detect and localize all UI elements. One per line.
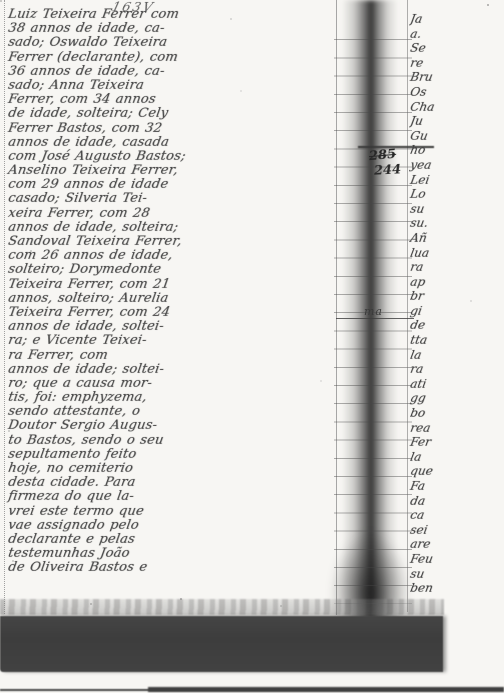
manuscript-line: Teixeira Ferrer, com 24 xyxy=(7,306,261,320)
manuscript-line: xeira Ferrer, com 28 xyxy=(7,207,261,221)
fragment-line: ra xyxy=(409,260,451,275)
facing-page-text-fragments: Jaa.SereBruOsChaJuGuhoyeaLeiLosusu.Añlua… xyxy=(409,12,451,596)
manuscript-line: 36 annos de idade, ca- xyxy=(7,65,261,79)
fragment-line: Fer xyxy=(409,435,451,450)
page-edge-noise-band xyxy=(0,599,444,615)
left-margin-rule xyxy=(4,0,5,614)
fragment-line: su xyxy=(409,567,451,582)
fragment-line: lua xyxy=(409,246,451,261)
manuscript-line: sado; Oswaldo Teixeira xyxy=(7,36,261,50)
fragment-line: gg xyxy=(409,391,451,406)
fragment-line: Lei xyxy=(409,173,451,188)
manuscript-line: sado; Anna Teixeira xyxy=(7,79,261,93)
corrected-number: 244 xyxy=(374,162,402,178)
fragment-line: de xyxy=(409,318,451,333)
fragment-line: ho xyxy=(409,143,451,158)
fragment-line: la xyxy=(409,348,451,363)
manuscript-line: Ferrer Bastos, com 32 xyxy=(7,122,261,136)
fragment-line: Se xyxy=(409,41,451,56)
fragment-line: ati xyxy=(409,377,451,392)
fragment-line: yea xyxy=(409,158,451,173)
gutter-right-rule xyxy=(407,0,408,612)
scanned-document-page: 163V Luiz Teixeira Ferrer com38 annos de… xyxy=(0,0,504,693)
manuscript-line: sepultamento feito xyxy=(7,448,261,462)
fragment-line: Bru xyxy=(409,70,451,85)
fragment-line: ca xyxy=(409,508,451,523)
manuscript-line: de Oliveira Bastos e xyxy=(7,561,261,575)
fragment-line: la xyxy=(409,450,451,465)
manuscript-line: com José Augusto Bastos; xyxy=(7,150,261,164)
manuscript-line: ra Ferrer, com xyxy=(7,349,261,363)
manuscript-line: solteiro; Dorymedonte xyxy=(7,263,261,277)
fragment-line: Ja xyxy=(409,12,451,27)
manuscript-line: annos de idade, solteira; xyxy=(7,221,261,235)
manuscript-line: ra; e Vicente Teixei- xyxy=(7,334,261,348)
fragment-line: Ju xyxy=(409,114,451,129)
fragment-line: re xyxy=(409,56,451,71)
fragment-line: Lo xyxy=(409,187,451,202)
fragment-line: ben xyxy=(409,581,451,596)
manuscript-line: de idade, solteira; Cely xyxy=(7,107,261,121)
fragment-line: Fa xyxy=(409,479,451,494)
manuscript-text-column: Luiz Teixeira Ferrer com38 annos de idad… xyxy=(7,8,259,576)
manuscript-line: firmeza do que la- xyxy=(7,490,261,504)
fragment-line: are xyxy=(409,537,451,552)
fragment-line: Feu xyxy=(409,552,451,567)
fragment-line: Cha xyxy=(409,100,451,115)
manuscript-line: ro; que a causa mor- xyxy=(7,377,261,391)
margin-word-underline xyxy=(336,318,414,319)
fragment-line: a. xyxy=(409,27,451,42)
crossed-out-number: 285 xyxy=(368,147,396,164)
manuscript-line: annos de idade; soltei- xyxy=(7,363,261,377)
fragment-line: Os xyxy=(409,85,451,100)
fragment-line: sei xyxy=(409,523,451,538)
fragment-line: br xyxy=(409,289,451,304)
fragment-line: bo xyxy=(409,406,451,421)
fragment-line: ap xyxy=(409,275,451,290)
fragment-line: gi xyxy=(409,304,451,319)
fragment-line: que xyxy=(409,464,451,479)
manuscript-line: Doutor Sergio Augus- xyxy=(7,419,261,433)
paper-noise-speckles xyxy=(0,0,2,2)
fragment-line: Añ xyxy=(409,231,451,246)
scan-shadow-bar xyxy=(0,616,443,672)
fragment-line: ra xyxy=(409,362,451,377)
manuscript-line: to Bastos, sendo o seu xyxy=(7,434,261,448)
manuscript-line: Ferrer (declarante), com xyxy=(7,51,261,65)
bottom-scan-strip-thick xyxy=(148,687,504,692)
fragment-line: rea xyxy=(409,421,451,436)
manuscript-line: vrei este termo que xyxy=(7,505,261,519)
manuscript-line: annos, solteiro; Aurelia xyxy=(7,292,261,306)
manuscript-line: annos de idade, casada xyxy=(7,136,261,150)
manuscript-line: declarante e pelas xyxy=(7,533,261,547)
fragment-line: su. xyxy=(409,216,451,231)
manuscript-line: vae assignado pelo xyxy=(7,519,261,533)
fragment-line: su xyxy=(409,202,451,217)
fragment-line: Gu xyxy=(409,129,451,144)
manuscript-line: casado; Silveria Tei- xyxy=(7,192,261,206)
fragment-line: da xyxy=(409,494,451,509)
manuscript-line: Teixeira Ferrer, com 21 xyxy=(7,278,261,292)
fragment-line: tta xyxy=(409,333,451,348)
margin-word: ma xyxy=(364,305,383,318)
